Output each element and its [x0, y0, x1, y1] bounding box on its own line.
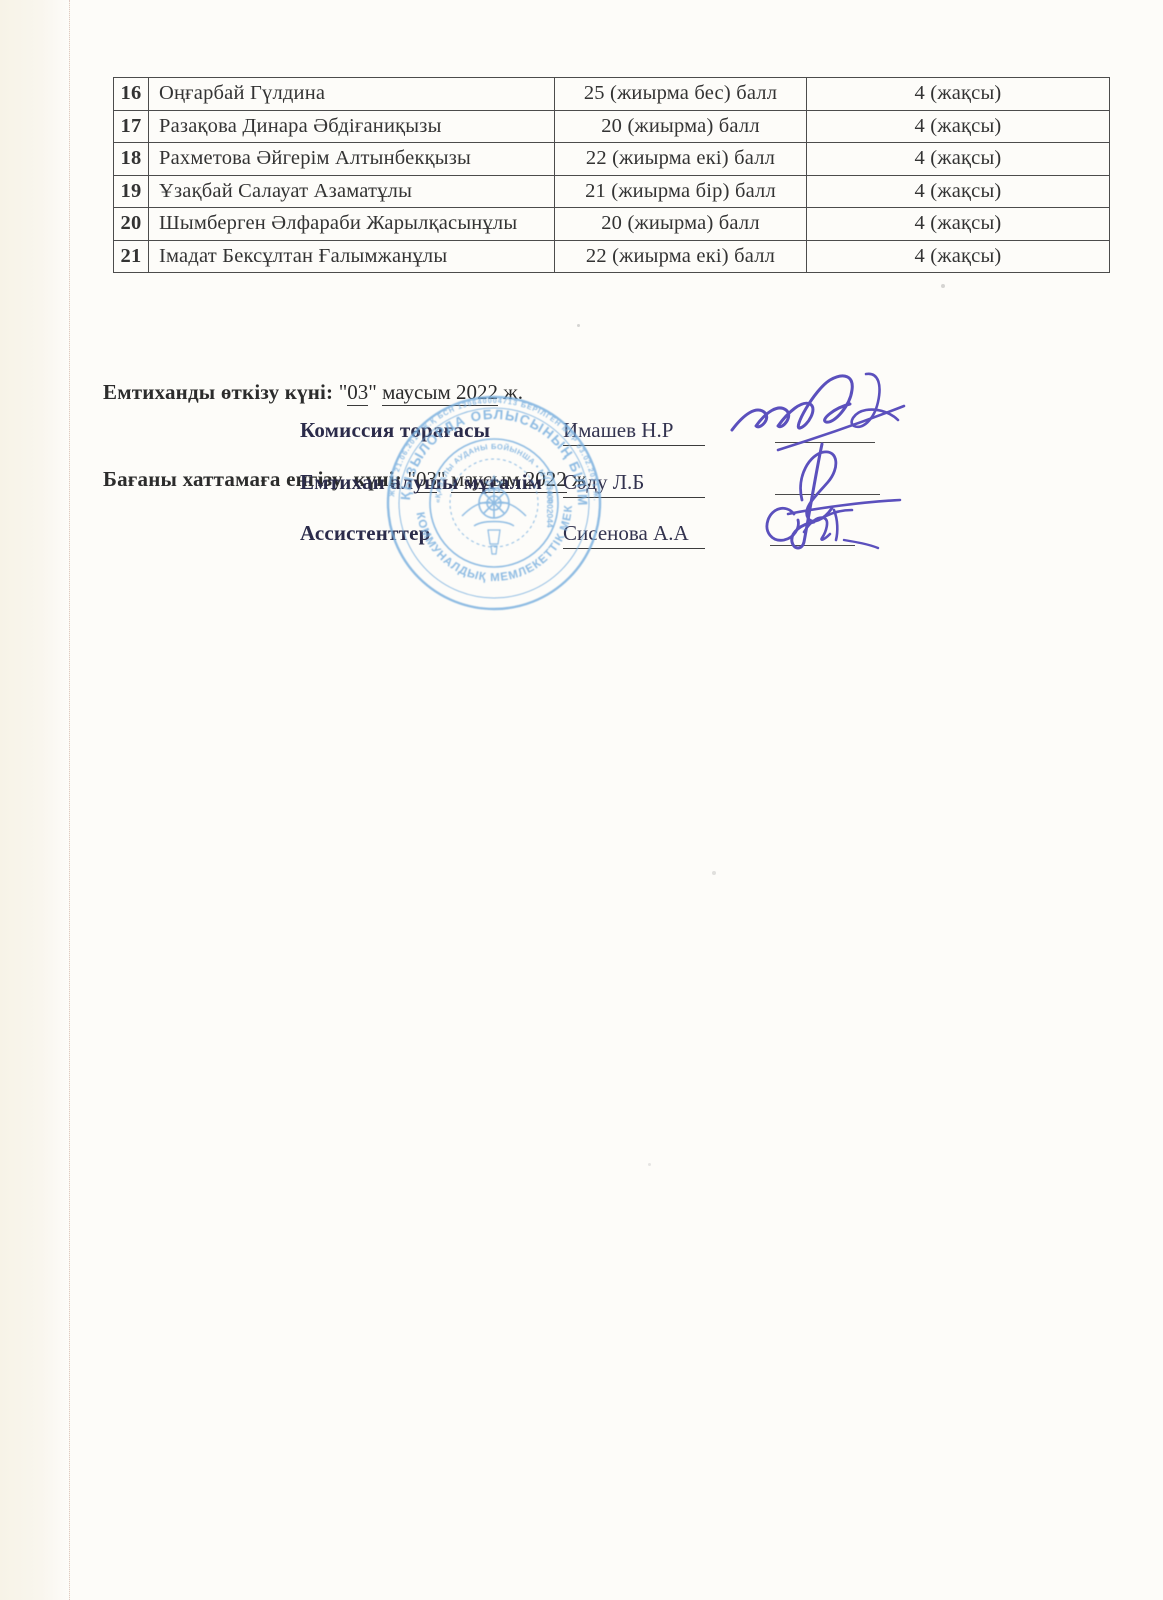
- score-cell: 21 (жиырма бір) балл: [555, 175, 807, 208]
- grade-cell: 4 (жақсы): [807, 240, 1110, 273]
- grade-cell: 4 (жақсы): [807, 78, 1110, 111]
- scan-edge-band: [0, 0, 70, 1600]
- score-cell: 20 (жиырма) балл: [555, 110, 807, 143]
- student-name: Шымберген Әлфараби Жарылқасынұлы: [149, 208, 555, 241]
- scanned-document-page: 16 Оңғарбай Гүлдина 25 (жиырма бес) балл…: [0, 0, 1163, 1600]
- grade-cell: 4 (жақсы): [807, 110, 1110, 143]
- exam-results-table: 16 Оңғарбай Гүлдина 25 (жиырма бес) балл…: [113, 77, 1110, 273]
- official-stamp: ЖШС 21.06.2013 Ж.Қ БСН 130640004713 БЕРІ…: [378, 384, 610, 622]
- row-number: 20: [114, 208, 149, 241]
- student-name: Рахметова Әйгерім Алтынбекқызы: [149, 143, 555, 176]
- student-name: Разақова Динара Әбдіғаниқызы: [149, 110, 555, 143]
- scan-speck: [648, 1163, 651, 1166]
- table-row: 18 Рахметова Әйгерім Алтынбекқызы 22 (жи…: [114, 143, 1110, 176]
- table-row: 20 Шымберген Әлфараби Жарылқасынұлы 20 (…: [114, 208, 1110, 241]
- quote: ": [339, 380, 348, 404]
- row-number: 19: [114, 175, 149, 208]
- score-cell: 20 (жиырма) балл: [555, 208, 807, 241]
- row-number: 16: [114, 78, 149, 111]
- table-row: 16 Оңғарбай Гүлдина 25 (жиырма бес) балл…: [114, 78, 1110, 111]
- score-cell: 25 (жиырма бес) балл: [555, 78, 807, 111]
- stamp-registration-number: 970540002044: [545, 471, 555, 528]
- scan-speck: [941, 284, 945, 288]
- student-name: Ұзақбай Салауат Азаматұлы: [149, 175, 555, 208]
- table-row: 17 Разақова Динара Әбдіғаниқызы 20 (жиыр…: [114, 110, 1110, 143]
- row-number: 18: [114, 143, 149, 176]
- row-number: 21: [114, 240, 149, 273]
- row-number: 17: [114, 110, 149, 143]
- student-name: Оңғарбай Гүлдина: [149, 78, 555, 111]
- scan-speck: [712, 871, 716, 875]
- table-row: 21 Імадат Бексұлтан Ғалымжанұлы 22 (жиыр…: [114, 240, 1110, 273]
- grade-cell: 4 (жақсы): [807, 208, 1110, 241]
- signature-line: [775, 494, 880, 495]
- signature-line: [770, 545, 855, 546]
- signature-line: [775, 442, 875, 443]
- grade-cell: 4 (жақсы): [807, 175, 1110, 208]
- score-cell: 22 (жиырма екі) балл: [555, 240, 807, 273]
- grade-cell: 4 (жақсы): [807, 143, 1110, 176]
- exam-date-label: Емтиханды өткізу күні:: [103, 380, 339, 404]
- stamp-emblem: [462, 476, 526, 554]
- student-name: Імадат Бексұлтан Ғалымжанұлы: [149, 240, 555, 273]
- score-cell: 22 (жиырма екі) балл: [555, 143, 807, 176]
- table-row: 19 Ұзақбай Салауат Азаматұлы 21 (жиырма …: [114, 175, 1110, 208]
- exam-date-day: 03: [347, 380, 368, 406]
